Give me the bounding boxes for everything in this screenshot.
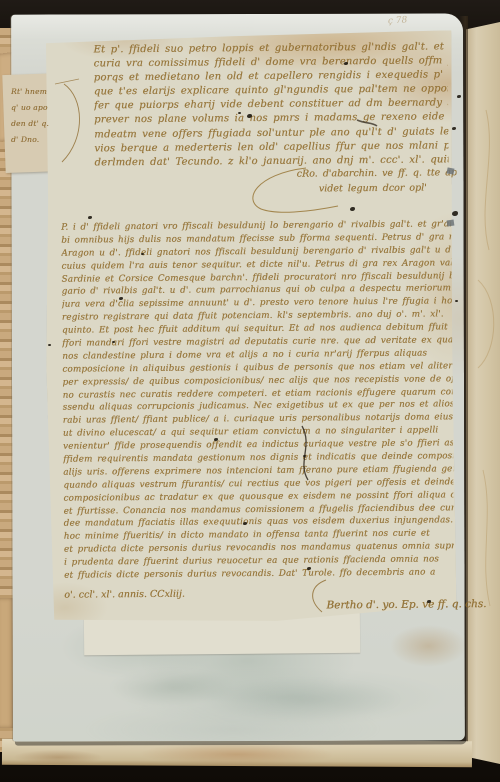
damp-stain bbox=[53, 661, 453, 746]
ink-blot bbox=[48, 344, 51, 346]
ink-blot bbox=[303, 455, 306, 457]
adjacent-leaf bbox=[466, 22, 500, 764]
ink-blot bbox=[141, 253, 144, 255]
manuscript-line: Rt' hnem bbox=[11, 84, 63, 100]
manuscript-line: den dt' q. bbox=[11, 116, 63, 132]
gray-tape-fragment bbox=[446, 167, 454, 174]
marginal-note: Rt' hnemq' uo apoden dt' q.d' Dno. bbox=[11, 84, 63, 148]
manuscript-line: d' Dno. bbox=[11, 132, 63, 148]
ink-blot bbox=[455, 300, 458, 302]
manuscript-sheet bbox=[43, 30, 456, 626]
archive-photo-manuscript-page: Et p'. ffideli suo petro loppis et guber… bbox=[0, 0, 500, 782]
manuscript-line: q' uo apo bbox=[11, 100, 63, 116]
folio-number: ç 78 bbox=[388, 15, 408, 26]
ink-blot bbox=[112, 341, 115, 343]
ink-blot bbox=[238, 112, 241, 114]
gray-tape-fragment bbox=[447, 220, 455, 227]
